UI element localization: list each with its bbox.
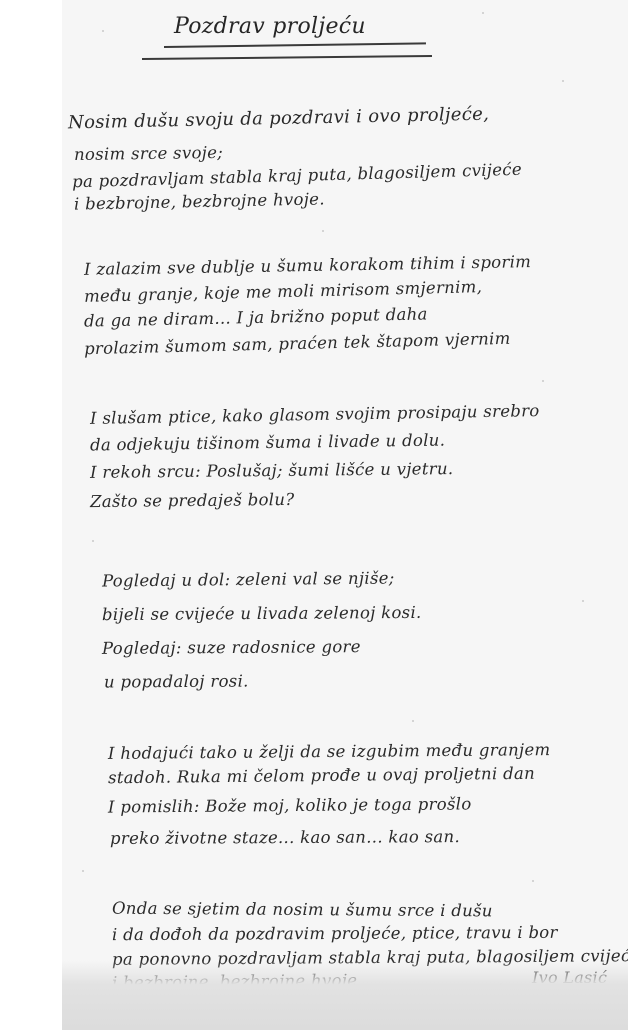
poem-line: da odjekuju tišinom šuma i livade u dolu…: [90, 431, 445, 455]
poem-line: u popadaloj rosi.: [104, 671, 249, 691]
paper-speck: [102, 30, 104, 32]
poem-line: I hodajući tako u želji da se izgubim me…: [108, 740, 551, 763]
scanned-page: Pozdrav proljeću Nosim dušu svoju da poz…: [62, 0, 628, 1030]
paper-speck: [542, 380, 544, 382]
poem-line: prolazim šumom sam, praćen tek štapom vj…: [84, 329, 511, 358]
poem-line: i da dođoh da pozdravim proljeće, ptice,…: [112, 923, 558, 944]
signature-stroke: [422, 984, 502, 990]
title-underline-double: [142, 55, 432, 60]
poem-line: I pomislih: Bože moj, koliko je toga pro…: [108, 794, 472, 816]
paper-speck: [92, 540, 94, 542]
paper-speck: [532, 880, 534, 882]
poem-line: Zašto se predaješ bolu?: [90, 490, 295, 511]
poem-line: I slušam ptice, kako glasom svojim prosi…: [90, 401, 540, 428]
poem-line: nosim srce svoje;: [74, 143, 223, 164]
title-underline: [164, 42, 426, 48]
poem-line: preko životne staze... kao san... kao sa…: [110, 827, 460, 848]
poem-line: pa pozdravljam stabla kraj puta, blagosi…: [72, 160, 522, 192]
poem-line: stadoh. Ruka mi čelom prođe u ovaj prolj…: [108, 764, 535, 787]
poem-title: Pozdrav proljeću: [174, 14, 366, 39]
poem-line: I rekoh srcu: Poslušaj; šumi lišće u vje…: [90, 459, 454, 482]
paper-speck: [582, 600, 584, 602]
poem-line: Pogledaj u dol: zeleni val se njiše;: [102, 568, 395, 590]
paper-speck: [322, 230, 324, 232]
poem-line: da ga ne diram... I ja brižno poput daha: [84, 304, 428, 330]
poem-line: među granje, koje me moli mirisom smjern…: [84, 277, 483, 306]
signature: Ivo Lasić: [532, 968, 607, 987]
poem-line: Onda se sjetim da nosim u šumu srce i du…: [112, 899, 493, 921]
poem-line: bijeli se cvijeće u livada zelenoj kosi.: [102, 603, 422, 624]
poem-line: pa ponovno pozdravljam stabla kraj puta,…: [112, 946, 628, 969]
poem-line: I zalazim sve dublje u šumu korakom tihi…: [84, 252, 531, 279]
paper-speck: [562, 80, 564, 82]
poem-line: i bezbrojne, bezbrojne hvoje.: [74, 189, 325, 213]
poem-line: i bezbrojne, bezbrojne hvoje: [112, 971, 357, 993]
paper-speck: [82, 870, 84, 872]
poem-line: Pogledaj: suze radosnice gore: [102, 637, 361, 658]
paper-speck: [482, 12, 484, 14]
poem-line: Nosim dušu svoju da pozdravi i ovo prolj…: [68, 104, 490, 134]
paper-speck: [412, 720, 414, 722]
